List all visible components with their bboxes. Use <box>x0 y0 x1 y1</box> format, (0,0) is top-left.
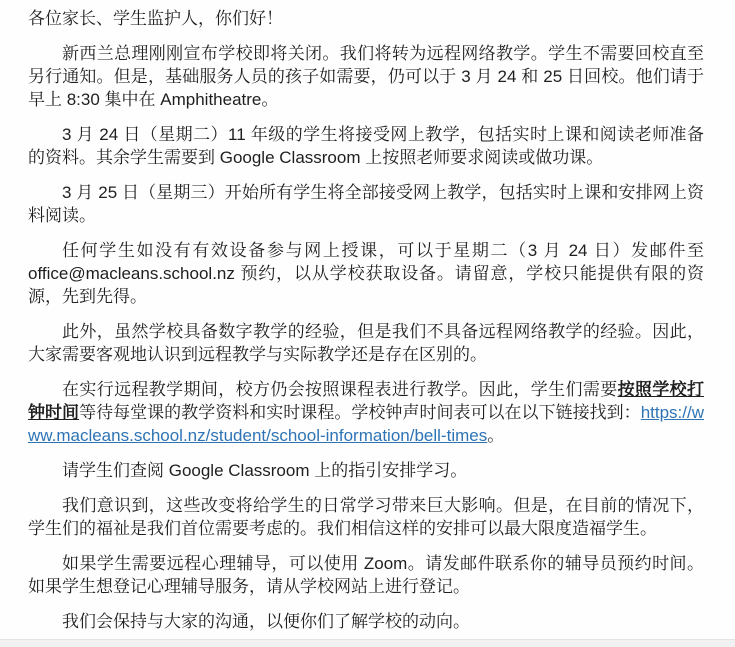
letter-body: 各位家长、学生监护人，你们好！ 新西兰总理刚刚宣布学校即将关闭。我们将转为远程网… <box>0 0 735 633</box>
paragraph-closing: 我们会保持与大家的沟通，以便你们了解学校的动向。 <box>28 610 704 633</box>
paragraph-counselling: 如果学生需要远程心理辅导，可以使用 Zoom。请发邮件联系你的辅导员预约时间。如… <box>28 552 704 598</box>
schedule-text-period: 。 <box>487 426 504 445</box>
schedule-text-before-bold: 在实行远程教学期间，校方仍会按照课程表进行教学。因此，学生们需要 <box>62 380 618 399</box>
paragraph-wellbeing: 我们意识到，这些改变将给学生的日常学习带来巨大影响。但是，在目前的情况下，学生们… <box>28 494 704 540</box>
paragraph-google-classroom: 请学生们查阅 Google Classroom 上的指引安排学习。 <box>28 459 704 482</box>
document-page: 各位家长、学生监护人，你们好！ 新西兰总理刚刚宣布学校即将关闭。我们将转为远程网… <box>0 0 735 647</box>
photo-edge-strip <box>0 639 735 647</box>
paragraph-march-25: 3 月 25 日（星期三）开始所有学生将全部接受网上教学，包括实时上课和安排网上… <box>28 181 704 227</box>
paragraph-teaching-experience: 此外，虽然学校具备数字教学的经验，但是我们不具备远程网络教学的经验。因此，大家需… <box>28 320 704 366</box>
paragraph-march-24: 3 月 24 日（星期二）11 年级的学生将接受网上教学，包括实时上课和阅读老师… <box>28 123 704 169</box>
paragraph-closure-announcement: 新西兰总理刚刚宣布学校即将关闭。我们将转为远程网络教学。学生不需要回校直至另行通… <box>28 42 704 111</box>
schedule-text-after-bold: 等待每堂课的教学资料和实时课程。学校钟声时间表可以在以下链接找到： <box>79 403 641 422</box>
paragraph-bell-schedule: 在实行远程教学期间，校方仍会按照课程表进行教学。因此，学生们需要按照学校打钟时间… <box>28 378 704 447</box>
paragraph-device-request: 任何学生如没有有效设备参与网上授课，可以于星期二（3 月 24 日）发邮件至 o… <box>28 239 704 308</box>
greeting-line: 各位家长、学生监护人，你们好！ <box>28 7 704 30</box>
